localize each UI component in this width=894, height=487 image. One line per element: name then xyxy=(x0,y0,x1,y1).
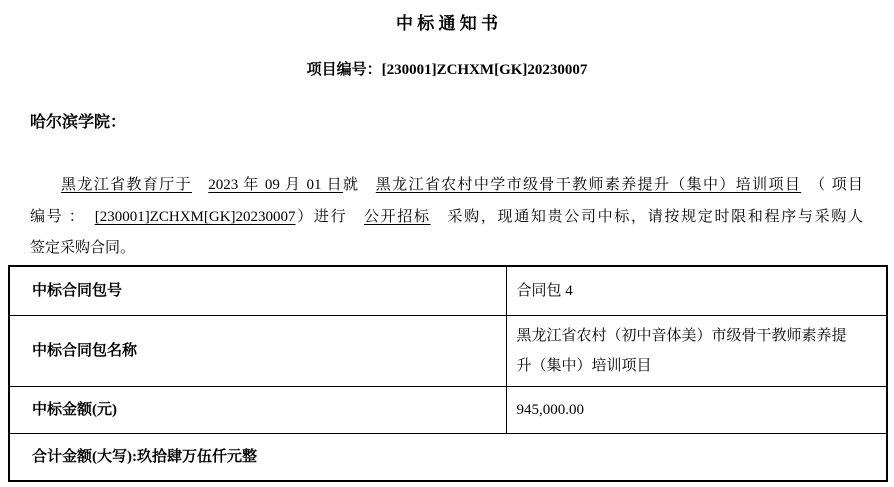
project-number-blank: [230001]ZCHXM[GK]20230007 xyxy=(95,209,296,225)
notice-paragraph: 黑龙江省教育厅于 2023 年 09 月 01 日就 黑龙江省农村中学市级骨干教… xyxy=(30,133,863,265)
agency-name-blank: 黑龙江省教育厅于 xyxy=(61,177,192,193)
table-row-contract-package-no: 中标合同包号 合同包 4 xyxy=(9,266,887,316)
line2-mid-text: ）进行 xyxy=(296,209,364,225)
table-row-award-amount: 中标金额(元) 945,000.00 xyxy=(9,386,887,433)
label-contract-package-no: 中标合同包号 xyxy=(9,266,506,316)
paragraph-line-3: 签定采购合同。 xyxy=(30,233,863,265)
conjunction-text: 就 xyxy=(343,177,359,193)
project-number-heading: 项目编号：[230001]ZCHXM[GK]20230007 xyxy=(0,35,894,80)
document-title: 中 标 通 知 书 xyxy=(0,0,894,35)
line2-tail-text: 采购，现通知贵公司中标，请按规定时限和程序与采购人 xyxy=(431,209,863,225)
text-gap xyxy=(192,177,208,193)
label-award-amount: 中标金额(元) xyxy=(9,386,506,433)
addressee: 哈尔滨学院： xyxy=(0,80,894,133)
line2-head-text: 编号 ： xyxy=(30,209,95,225)
value-contract-package-no: 合同包 4 xyxy=(506,266,887,316)
label-contract-package-name: 中标合同包名称 xyxy=(9,315,506,386)
award-table: 中标合同包号 合同包 4 中标合同包名称 黑龙江省农村（初中音体美）市级骨干教师… xyxy=(8,265,888,482)
procurement-method-blank: 公开招标 xyxy=(364,209,431,225)
table-row-contract-package-name: 中标合同包名称 黑龙江省农村（初中音体美）市级骨干教师素养提升（集中）培训项目 xyxy=(9,315,887,386)
paragraph-line-1: 黑龙江省教育厅于 2023 年 09 月 01 日就 黑龙江省农村中学市级骨干教… xyxy=(30,170,863,202)
project-name-blank: 黑龙江省农村中学市级骨干教师素养提升（集中）培训项目 xyxy=(376,177,802,193)
line1-tail-text: （ 项目 xyxy=(801,177,863,193)
table-row-total-amount-in-words: 合计金额(大写):玖拾肆万伍仟元整 xyxy=(9,433,887,481)
text-gap xyxy=(359,177,375,193)
value-contract-package-name: 黑龙江省农村（初中音体美）市级骨干教师素养提升（集中）培训项目 xyxy=(506,315,887,386)
award-date-blank: 2023 年 09 月 01 日 xyxy=(208,177,343,193)
value-award-amount: 945,000.00 xyxy=(506,386,887,433)
paragraph-line-2: 编号 ： [230001]ZCHXM[GK]20230007）进行 公开招标 采… xyxy=(30,202,863,234)
award-notice-document: 中 标 通 知 书 项目编号：[230001]ZCHXM[GK]20230007… xyxy=(0,0,894,487)
total-amount-in-words: 合计金额(大写):玖拾肆万伍仟元整 xyxy=(9,433,887,481)
